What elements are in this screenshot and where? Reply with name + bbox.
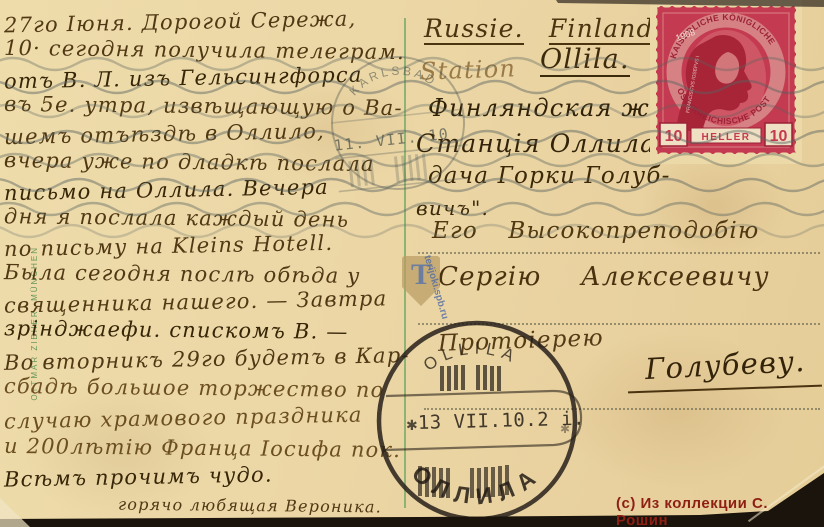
ollila-date: 13 VII.10.2 i. (418, 408, 586, 434)
postcard-scan: OTTMAR ZIEHER, MÜNCHEN 27го Іюня. Дорого… (0, 0, 824, 527)
machine-cancel-waves (0, 58, 824, 237)
svg-text:KARLSBAD: KARLSBAD (344, 59, 441, 99)
karlsbad-town: KARLSBAD (344, 59, 441, 99)
svg-text:OLLILA: OLLILA (420, 339, 523, 375)
ollila-latin: OLLILA (420, 339, 523, 375)
hatch-bars-top (442, 365, 499, 391)
svg-text:ОЛЛИЛА: ОЛЛИЛА (407, 460, 546, 510)
terijoki-watermark: T terijoki.spb.ru (402, 256, 440, 306)
collection-credit: (с) Из коллекции С. Рошин (616, 495, 824, 527)
karlsbad-date: 11. VII. 10 (333, 125, 450, 155)
karlsbad-postmark: KARLSBAD 11. VII. 10 (325, 50, 471, 195)
ollila-cyrillic: ОЛЛИЛА (407, 460, 546, 510)
ollila-postmark: OLLILA ✱ ✱ 13 VII.10.2 i. ОЛЛИЛА (379, 323, 585, 519)
star-left: ✱ (406, 418, 418, 434)
